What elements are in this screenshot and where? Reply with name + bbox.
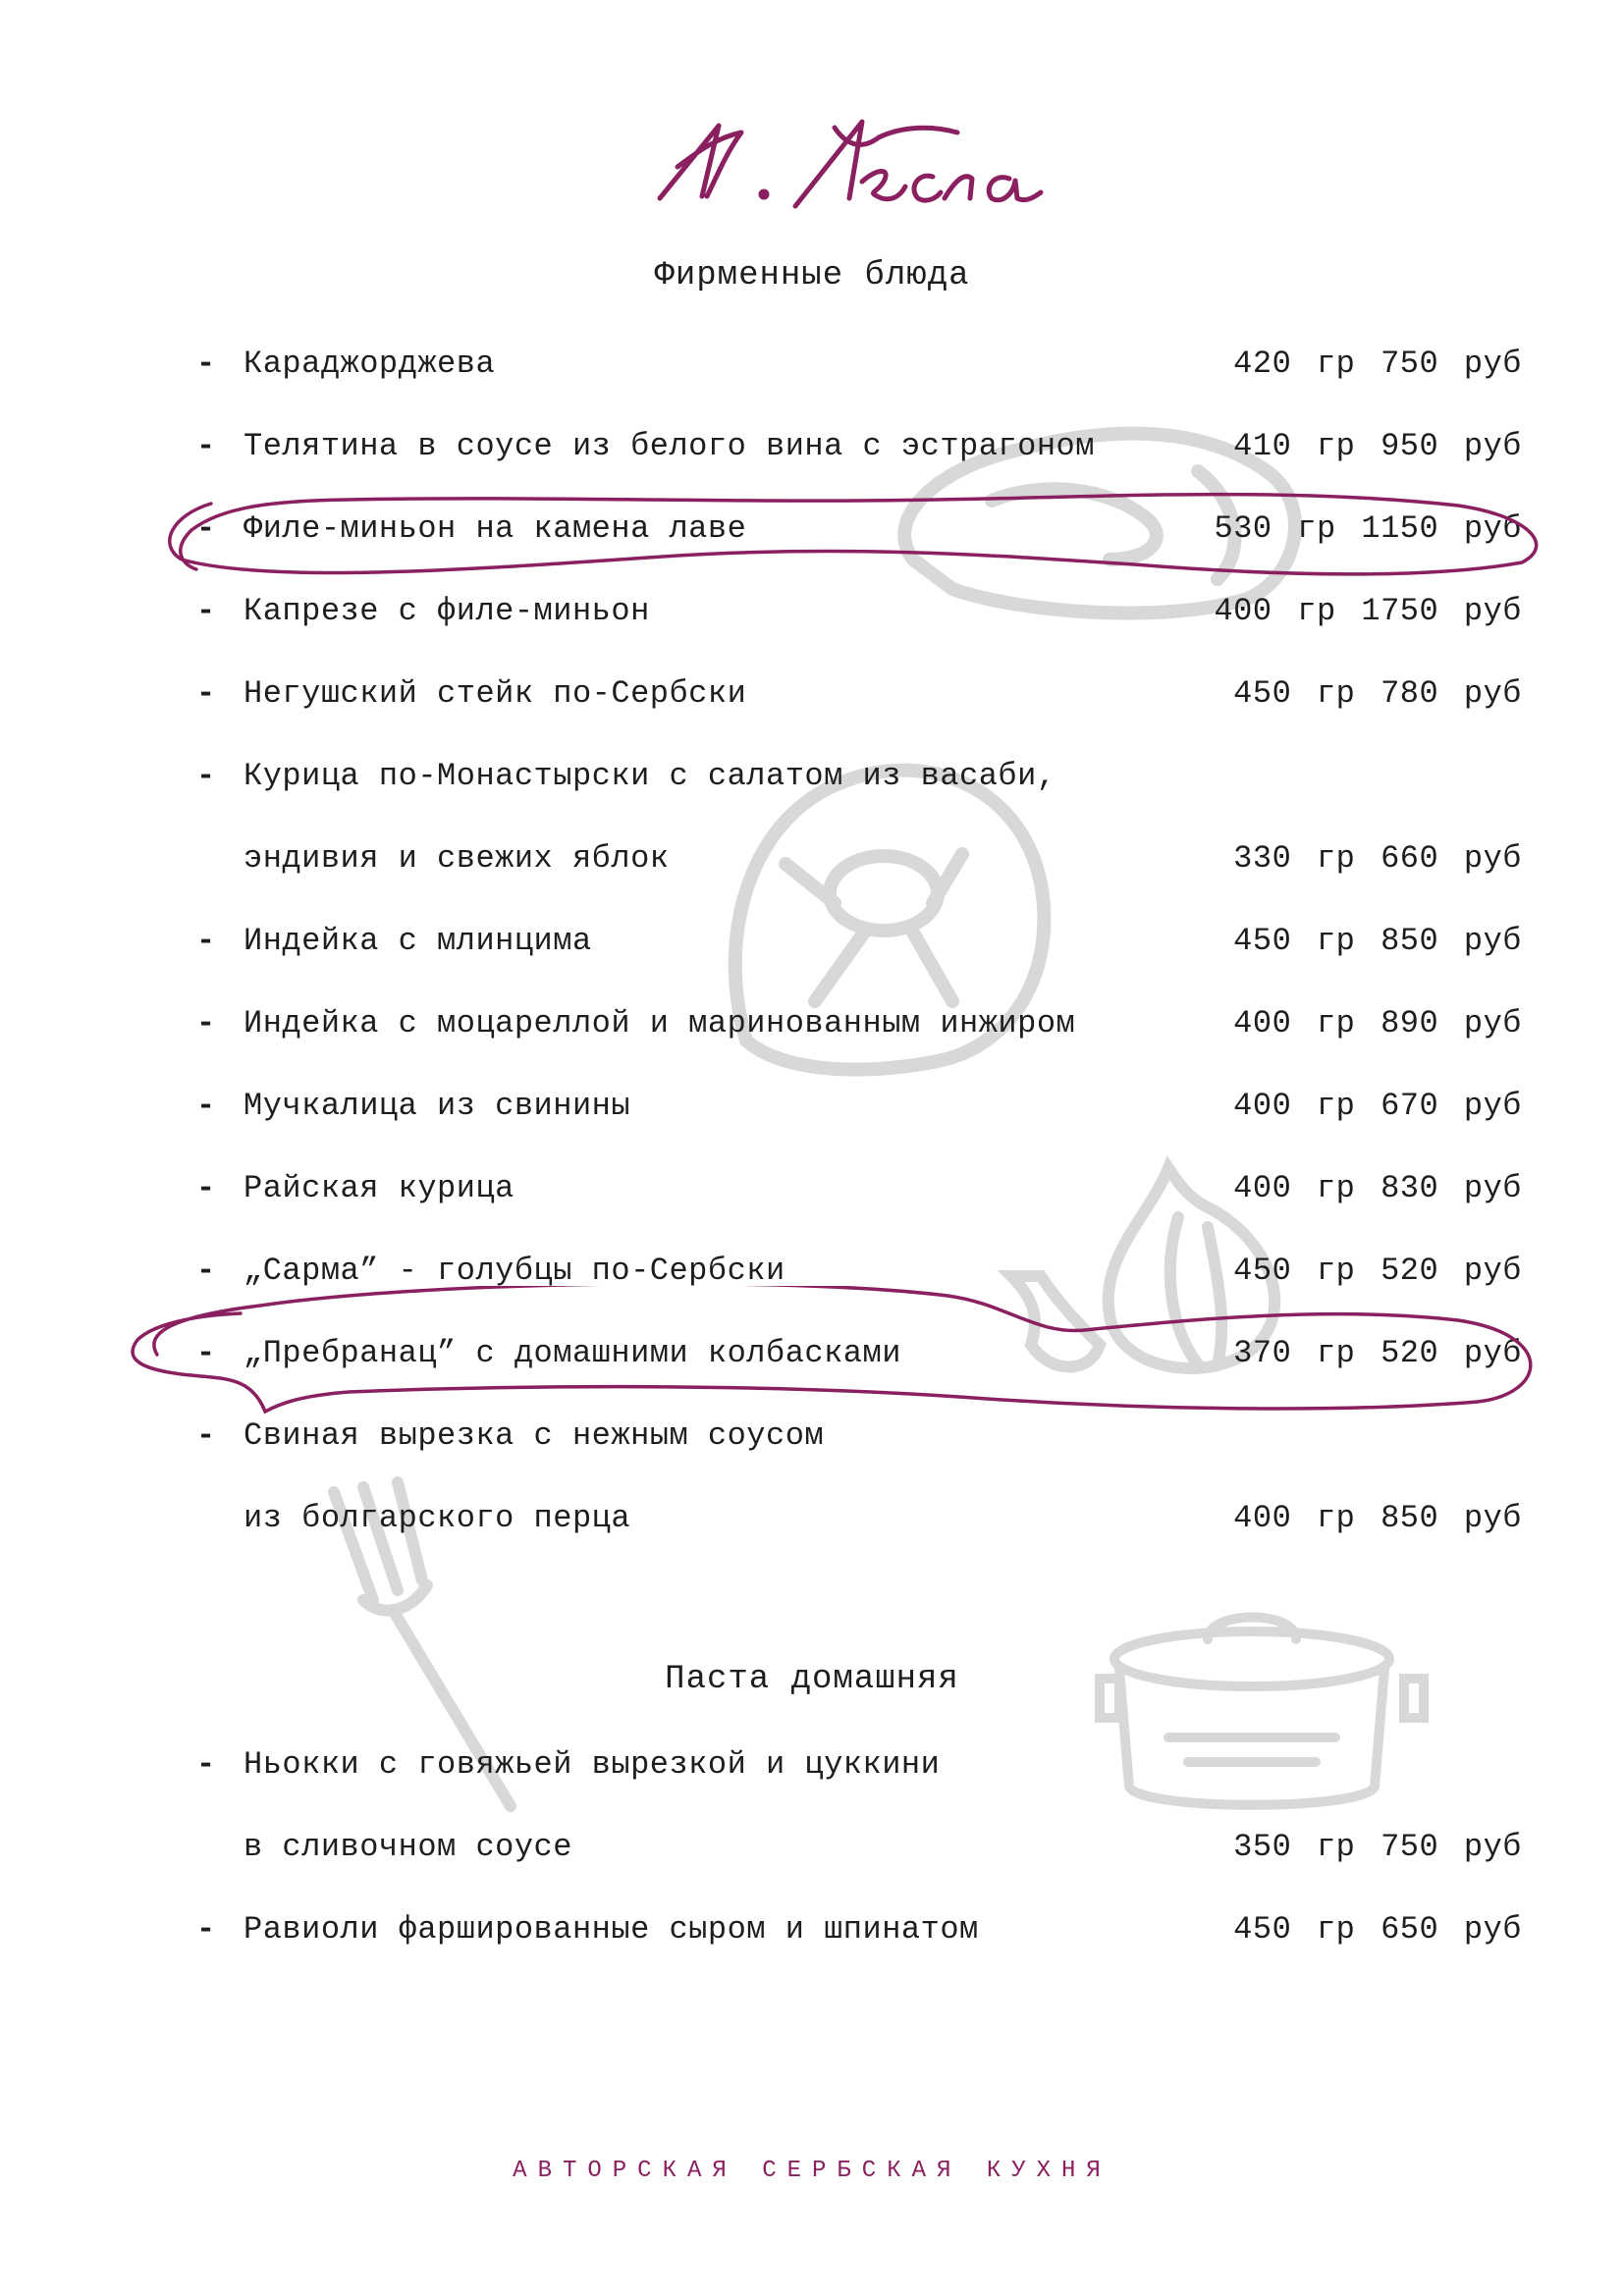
item-weight-price: 370 гр 520 руб: [1233, 1335, 1522, 1371]
bullet-dash: -: [196, 593, 244, 629]
menu-item: - Свиная вырезка с нежным соусом: [196, 1411, 1522, 1460]
menu-item-continuation: из болгарского перца 400 гр 850 руб: [196, 1493, 1522, 1542]
item-name: Райская курица: [244, 1170, 1233, 1206]
item-name: Караджорджева: [244, 346, 1233, 382]
item-weight-price: 350 гр 750 руб: [1233, 1829, 1522, 1865]
bullet-dash: -: [196, 428, 244, 464]
item-name-continuation: эндивия и свежих яблок: [244, 840, 1233, 877]
bullet-dash: -: [196, 1170, 244, 1206]
bullet-dash: -: [196, 346, 244, 382]
item-weight-price: 410 гр 950 руб: [1233, 428, 1522, 464]
bullet-dash: -: [196, 675, 244, 712]
footer-tagline: АВТОРСКАЯ СЕРБСКАЯ КУХНЯ: [0, 2158, 1624, 2184]
item-name: Капрезе с филе-миньон: [244, 593, 1214, 629]
item-weight-price: 400 гр 890 руб: [1233, 1005, 1522, 1041]
menu-item: - Райская курица 400 гр 830 руб: [196, 1163, 1522, 1212]
item-weight-price: 400 гр 1750 руб: [1214, 593, 1522, 629]
menu-item-continuation: в сливочном соусе 350 гр 750 руб: [196, 1822, 1522, 1871]
menu-item: - Мучкалица из свинины 400 гр 670 руб: [196, 1081, 1522, 1130]
menu-item-continuation: эндивия и свежих яблок 330 гр 660 руб: [196, 833, 1522, 882]
item-name: Курица по-Монастырски с салатом из васаб…: [244, 758, 1522, 794]
item-weight-price: 420 гр 750 руб: [1233, 346, 1522, 382]
menu-item: - Телятина в соусе из белого вина с эстр…: [196, 421, 1522, 470]
menu-item: - „Сарма” - голубцы по-Сербски 450 гр 52…: [196, 1246, 1522, 1295]
section-title-signature-dishes: Фирменные блюда: [0, 257, 1624, 294]
item-name: Мучкалица из свинины: [244, 1088, 1233, 1124]
item-name: Ньокки с говяжьей вырезкой и цуккини: [244, 1746, 1522, 1783]
item-weight-price: 450 гр 650 руб: [1233, 1911, 1522, 1948]
menu-item: - Равиоли фаршированные сыром и шпинатом…: [196, 1904, 1522, 1953]
bullet-dash: -: [196, 758, 244, 794]
bullet-dash: -: [196, 1253, 244, 1289]
menu-page: Н. Тесла: [0, 0, 1624, 2296]
bullet-dash: -: [196, 1417, 244, 1454]
menu-item-highlighted: - Филе-миньон на камена лаве 530 гр 1150…: [196, 504, 1522, 553]
bullet-dash: -: [196, 1335, 244, 1371]
bullet-dash: -: [196, 1088, 244, 1124]
item-weight-price: 330 гр 660 руб: [1233, 840, 1522, 877]
bullet-dash: -: [196, 1746, 244, 1783]
item-weight-price: 400 гр 830 руб: [1233, 1170, 1522, 1206]
item-weight-price: 400 гр 850 руб: [1233, 1500, 1522, 1536]
menu-item: - Капрезе с филе-миньон 400 гр 1750 руб: [196, 586, 1522, 635]
item-weight-price: 530 гр 1150 руб: [1214, 510, 1522, 547]
item-name: „Сарма” - голубцы по-Сербски: [244, 1253, 1233, 1289]
menu-item: - Индейка с млинцима 450 гр 850 руб: [196, 916, 1522, 965]
item-name-continuation: в сливочном соусе: [244, 1829, 1233, 1865]
item-name: Равиоли фаршированные сыром и шпинатом: [244, 1911, 1233, 1948]
item-name: Свиная вырезка с нежным соусом: [244, 1417, 1522, 1454]
item-weight-price: 450 гр 780 руб: [1233, 675, 1522, 712]
restaurant-logo-signature: Н. Тесла: [648, 108, 1060, 216]
menu-item: - Караджорджева 420 гр 750 руб: [196, 339, 1522, 388]
menu-item: - Ньокки с говяжьей вырезкой и цуккини: [196, 1739, 1522, 1789]
item-name-continuation: из болгарского перца: [244, 1500, 1233, 1536]
menu-item: - Индейка с моцареллой и маринованным ин…: [196, 998, 1522, 1047]
item-name: Индейка с моцареллой и маринованным инжи…: [244, 1005, 1233, 1041]
menu-item-highlighted: - „Пребранац” с домашними колбасками 370…: [196, 1328, 1522, 1377]
item-weight-price: 450 гр 520 руб: [1233, 1253, 1522, 1289]
bullet-dash: -: [196, 923, 244, 959]
item-name: „Пребранац” с домашними колбасками: [244, 1335, 1233, 1371]
bullet-dash: -: [196, 510, 244, 547]
item-weight-price: 400 гр 670 руб: [1233, 1088, 1522, 1124]
bullet-dash: -: [196, 1005, 244, 1041]
section-title-homemade-pasta: Паста домашняя: [0, 1661, 1624, 1698]
item-name: Индейка с млинцима: [244, 923, 1233, 959]
bullet-dash: -: [196, 1911, 244, 1948]
item-name: Негушский стейк по-Сербски: [244, 675, 1233, 712]
menu-item: - Курица по-Монастырски с салатом из вас…: [196, 751, 1522, 800]
menu-item: - Негушский стейк по-Сербски 450 гр 780 …: [196, 668, 1522, 718]
item-name: Филе-миньон на камена лаве: [244, 510, 1214, 547]
item-weight-price: 450 гр 850 руб: [1233, 923, 1522, 959]
item-name: Телятина в соусе из белого вина с эстраг…: [244, 428, 1233, 464]
